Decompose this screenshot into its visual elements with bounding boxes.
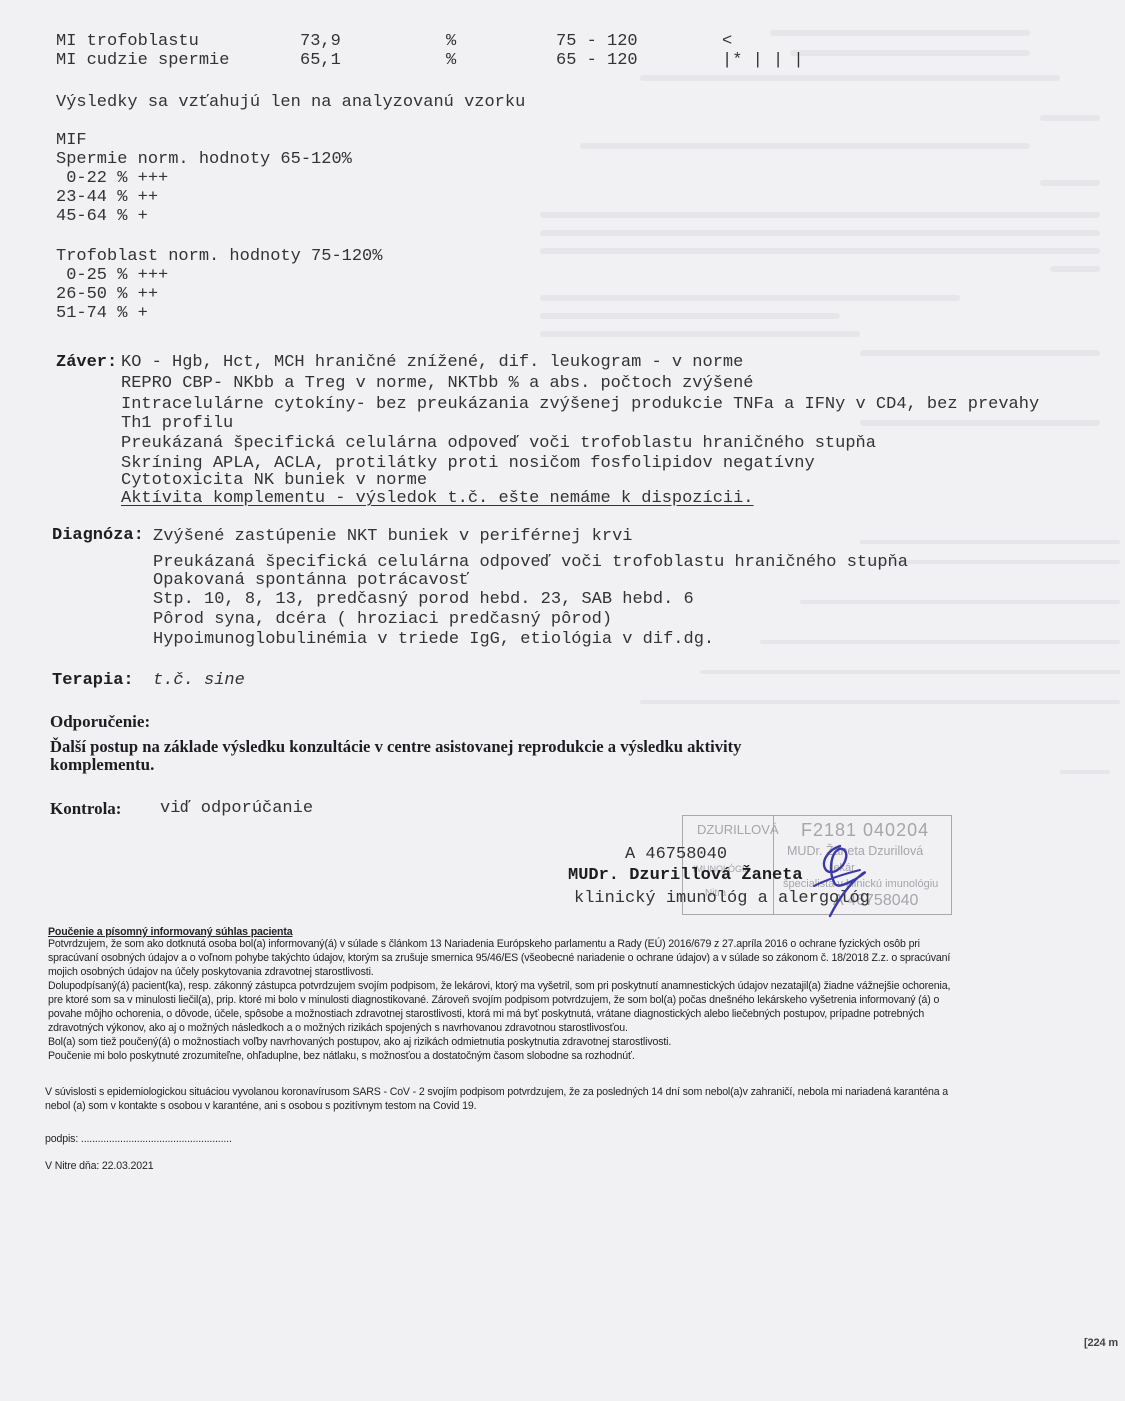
consent-line: Bol(a) som tiež poučený(á) o možnostiach… [48, 1036, 671, 1050]
place-date: V Nitre dňa: 22.03.2021 [45, 1160, 153, 1174]
zaver-line: Cytotoxicita NK buniek v norme [121, 471, 427, 491]
result-name: MI cudzie spermie [56, 51, 229, 71]
signature-field: podpis: ................................… [45, 1133, 232, 1147]
consent-line: Poučenie mi bolo poskytnuté zrozumiteľne… [48, 1050, 635, 1064]
diagnoza-line: Opakovaná spontánna potrácavosť [153, 571, 469, 591]
stamp-code: F2181 040204 [801, 820, 929, 841]
result-unit: % [446, 51, 456, 71]
terapia-label: Terapia: [52, 671, 134, 691]
handwritten-signature-icon [800, 840, 880, 920]
spermie-range: 23-44 % ++ [56, 188, 158, 208]
spermie-range: 45-64 % + [56, 207, 148, 227]
diagnoza-line: Stp. 10, 8, 13, predčasný porod hebd. 23… [153, 590, 694, 610]
doctor-code: A 46758040 [625, 845, 727, 865]
zaver-line: REPRO CBP- NKbb a Treg v norme, NKTbb % … [121, 374, 754, 394]
diagnoza-line: Hypoimunoglobulinémia v triede IgG, etio… [153, 630, 714, 650]
consent-line: povahe môjho ochorenia, o dôvode, účele,… [48, 1008, 924, 1022]
trofoblast-range: 51-74 % + [56, 304, 148, 324]
zaver-line: Th1 profilu [121, 414, 233, 434]
result-range: 75 - 120 [556, 32, 638, 52]
result-flag: < [722, 32, 732, 52]
result-value: 73,9 [300, 32, 341, 52]
podpis-dots: ........................................… [81, 1133, 232, 1145]
zaver-line: Aktívita komplementu - výsledok t.č. ešt… [121, 489, 754, 509]
mif-title: MIF [56, 131, 87, 151]
kontrola-label: Kontrola: [50, 799, 121, 819]
diagnoza-line: Pôrod syna, dcéra ( hroziaci predčasný p… [153, 610, 612, 630]
trofoblast-range: 0-25 % +++ [56, 266, 168, 286]
result-name: MI trofoblastu [56, 32, 199, 52]
trofoblast-range: 26-50 % ++ [56, 285, 158, 305]
stamp-text: DZURILLOVÁ [697, 822, 779, 837]
covid-line: nebol (a) som v kontakte s osobou v kara… [45, 1100, 476, 1114]
page-footer: [224 m [1084, 1337, 1118, 1351]
zaver-line: Preukázaná špecifická celulárna odpoveď … [121, 434, 876, 454]
sample-note: Výsledky sa vzťahujú len na analyzovanú … [56, 93, 525, 113]
consent-line: zdravotných výkonov, ako aj o možných ná… [48, 1022, 628, 1036]
podpis-label: podpis: [45, 1133, 78, 1145]
zaver-line: KO - Hgb, Hct, MCH hraničné znížené, dif… [121, 353, 743, 373]
spermie-range: 0-22 % +++ [56, 169, 168, 189]
zaver-label: Záver: [56, 353, 117, 373]
spermie-header: Spermie norm. hodnoty 65-120% [56, 150, 352, 170]
odporucenie-label: Odporučenie: [50, 712, 150, 732]
diagnoza-label: Diagnóza: [52, 526, 144, 546]
consent-line: pre ktoré som sa v minulosti liečil(a), … [48, 994, 939, 1008]
result-range: 65 - 120 [556, 51, 638, 71]
diagnoza-line: Zvýšené zastúpenie NKT buniek v periférn… [153, 527, 632, 547]
consent-line: Potvrdzujem, že som ako dotknutá osoba b… [48, 938, 920, 952]
diagnoza-line: Preukázaná špecifická celulárna odpoveď … [153, 553, 908, 573]
covid-line: V súvislosti s epidemiologickou situácio… [45, 1086, 948, 1100]
kontrola-value: viď odporúčanie [160, 799, 313, 819]
odporucenie-line: Ďalší postup na základe výsledku konzult… [50, 737, 741, 757]
zaver-line: Intracelulárne cytokíny- bez preukázania… [121, 395, 1039, 415]
result-flag: |* | | | [722, 51, 804, 71]
odporucenie-line: komplementu. [50, 755, 154, 775]
consent-line: spracúvaní osobných údajov a o voľnom po… [48, 952, 950, 966]
consent-line: mojich osobných údajov na účely poskytov… [48, 966, 374, 980]
result-unit: % [446, 32, 456, 52]
terapia-value: t.č. sine [153, 671, 245, 691]
consent-line: Dolupodpísaný(á) pacient(ka), resp. záko… [48, 980, 950, 994]
trofoblast-header: Trofoblast norm. hodnoty 75-120% [56, 247, 382, 267]
doctor-name: MUDr. Dzurillová Žaneta [568, 866, 803, 886]
result-value: 65,1 [300, 51, 341, 71]
